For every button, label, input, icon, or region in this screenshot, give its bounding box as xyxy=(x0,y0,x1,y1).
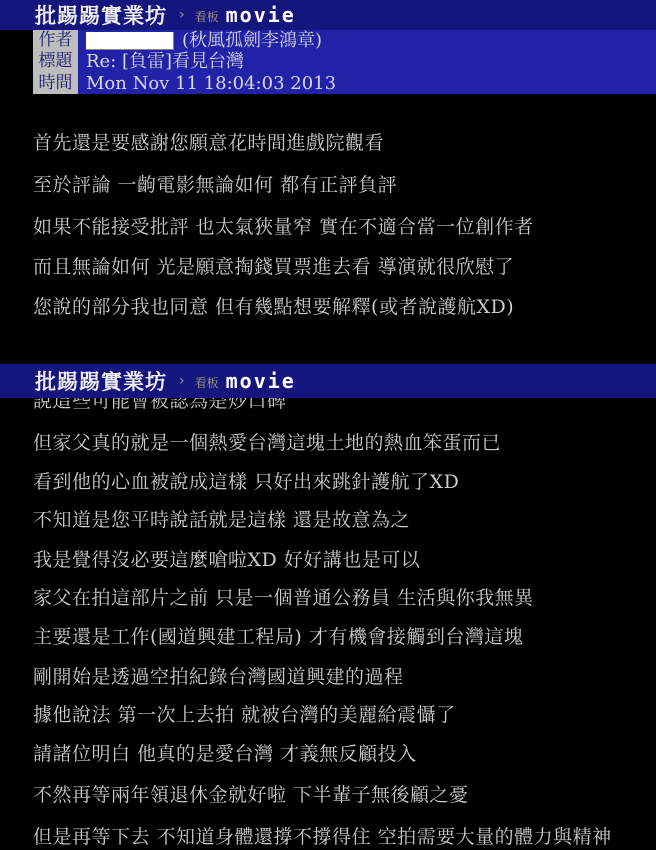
post-line: 不知道是您平時說話就是這樣 還是故意為之 xyxy=(33,505,410,532)
post-line: 我是覺得沒必要這麼嗆啦XD 好好講也是可以 xyxy=(33,545,420,572)
post-line: 請諸位明白 他真的是愛台灣 才義無反顧投入 xyxy=(33,739,417,766)
board-name-link[interactable]: movie xyxy=(226,369,296,393)
author-label: 作者 xyxy=(33,30,78,51)
post-meta-block: 作者 標題 時間 (秋風孤劍李鴻章) Re: [負雷]看見台灣 Mon Nov … xyxy=(33,30,656,94)
breadcrumb-chevron-icon: › xyxy=(179,7,185,23)
post-line: 而且無論如何 光是願意掏錢買票進去看 導演就很欣慰了 xyxy=(33,252,514,279)
site-title-link[interactable]: 批踢踢實業坊 xyxy=(35,0,167,30)
breadcrumb-chevron-icon: › xyxy=(179,373,185,389)
post-timestamp: Mon Nov 11 18:04:03 2013 xyxy=(78,73,656,94)
title-label: 標題 xyxy=(33,51,78,72)
post-line: 至於評論 一齣電影無論如何 都有正評負評 xyxy=(33,170,397,197)
post-line: 但是再等下去 不知道身體還撐不撐得住 空拍需要大量的體力與精神 xyxy=(33,822,612,849)
post-line: 不然再等兩年領退休金就好啦 下半輩子無後顧之憂 xyxy=(33,780,469,807)
ptt-page: { "colors":{ "header_bg":"#15157E", "met… xyxy=(0,0,656,850)
post-title: Re: [負雷]看見台灣 xyxy=(78,51,656,72)
post-line: 家父在拍這部片之前 只是一個普通公務員 生活與你我無異 xyxy=(33,583,534,610)
post-line: 如果不能接受批評 也太氣狹量窄 實在不適合當一位創作者 xyxy=(33,212,534,239)
post-line: 據他說法 第一次上去拍 就被台灣的美麗給震懾了 xyxy=(33,700,456,727)
author-nickname: (秋風孤劍李鴻章) xyxy=(182,30,322,51)
post-line: 但家父真的就是一個熱愛台灣這塊土地的熱血笨蛋而已 xyxy=(33,428,501,455)
censored-author-id-box xyxy=(86,32,174,50)
site-header: 批踢踢實業坊 › 看板 movie xyxy=(0,0,656,30)
board-name-link[interactable]: movie xyxy=(226,3,296,27)
site-title-link[interactable]: 批踢踢實業坊 xyxy=(35,366,167,396)
post-line: 首先還是要感謝您願意花時間進戲院觀看 xyxy=(33,128,384,155)
post-line: 主要還是工作(國道興建工程局) 才有機會接觸到台灣這塊 xyxy=(33,622,523,649)
post-line: 看到他的心血被說成這樣 只好出來跳針護航了XD xyxy=(33,467,459,494)
time-label: 時間 xyxy=(33,73,78,94)
meta-labels-column: 作者 標題 時間 xyxy=(33,30,78,94)
board-label: 看板 xyxy=(195,374,219,391)
author-value-row: (秋風孤劍李鴻章) xyxy=(78,30,656,51)
post-line: 剛開始是透過空拍紀錄台灣國道興建的過程 xyxy=(33,662,404,689)
site-header: 批踢踢實業坊 › 看板 movie xyxy=(0,364,656,398)
meta-values-column: (秋風孤劍李鴻章) Re: [負雷]看見台灣 Mon Nov 11 18:04:… xyxy=(78,30,656,94)
board-label: 看板 xyxy=(195,8,219,25)
post-line: 您說的部分我也同意 但有幾點想要解釋(或者說護航XD) xyxy=(33,292,514,319)
